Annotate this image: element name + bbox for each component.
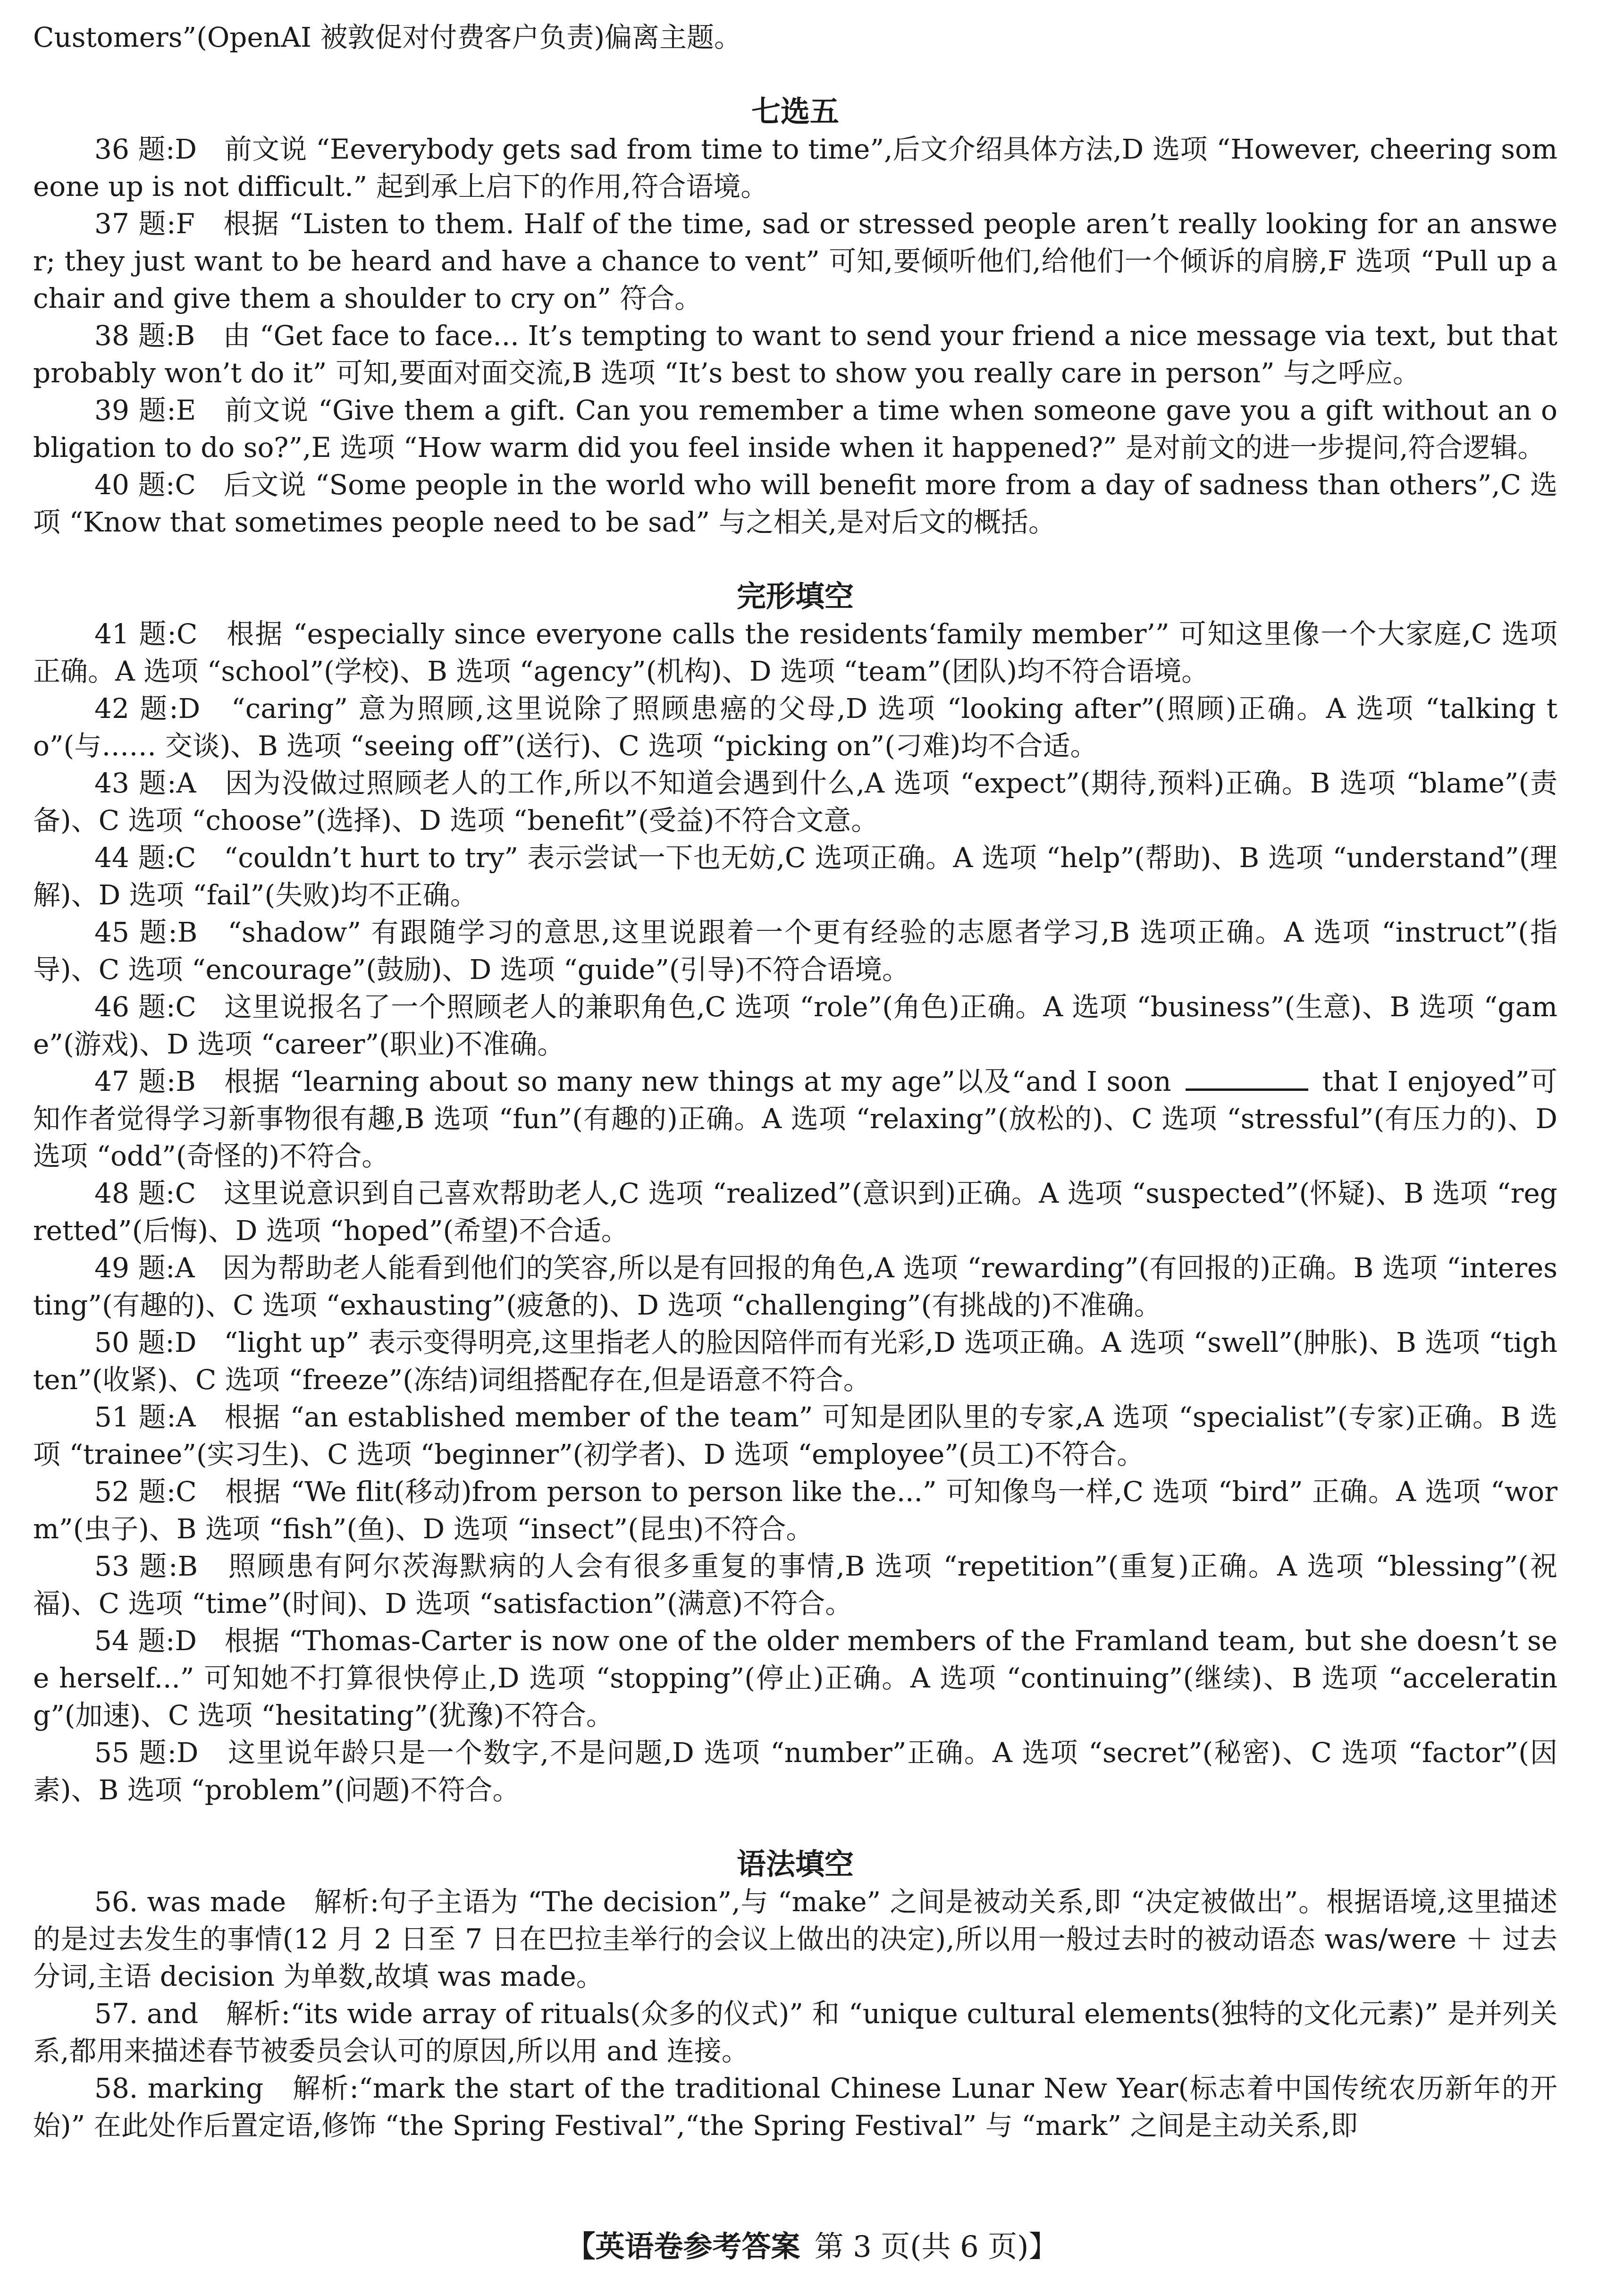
answer-item-45: 45 题:B “shadow” 有跟随学习的意思,这里说跟着一个更有经验的志愿者… bbox=[33, 914, 1557, 988]
answer-item-40: 40 题:C 后文说 “Some people in the world who… bbox=[33, 466, 1557, 541]
answer-item-43: 43 题:A 因为没做过照顾老人的工作,所以不知道会遇到什么,A 选项 “exp… bbox=[33, 765, 1557, 839]
section-qixuanwu: 七选五 36 题:D 前文说 “Eeverybody gets sad from… bbox=[33, 93, 1557, 541]
answer-item-52: 52 题:C 根据 “We flit(移动)from person to per… bbox=[33, 1473, 1557, 1548]
answer-item-47-before: 47 题:B 根据 “learning about so many new th… bbox=[94, 1065, 1171, 1097]
page-footer: 【英语卷参考答案第 3 页(共 6 页)】 bbox=[0, 2228, 1624, 2266]
answer-item-51: 51 题:A 根据 “an established member of the … bbox=[33, 1399, 1557, 1473]
answer-item-47: 47 题:B 根据 “learning about so many new th… bbox=[33, 1063, 1557, 1175]
answer-item-49: 49 题:A 因为帮助老人能看到他们的笑容,所以是有回报的角色,A 选项 “re… bbox=[33, 1249, 1557, 1324]
answer-item-54: 54 题:D 根据 “Thomas-Carter is now one of t… bbox=[33, 1622, 1557, 1734]
answer-item-41: 41 题:C 根据 “especially since everyone cal… bbox=[33, 616, 1557, 690]
intro-paragraph: Customers”(OpenAI 被敦促对付费客户负责)偏离主题。 bbox=[33, 19, 1557, 56]
answer-item-44: 44 题:C “couldn’t hurt to try” 表示尝试一下也无妨,… bbox=[33, 839, 1557, 914]
answer-item-38: 38 题:B 由 “Get face to face... It’s tempt… bbox=[33, 317, 1557, 392]
section-wanxing: 完形填空 41 题:C 根据 “especially since everyon… bbox=[33, 578, 1557, 1809]
spacer bbox=[33, 1809, 1557, 1846]
answer-item-57: 57. and 解析:“its wide array of rituals(众多… bbox=[33, 1995, 1557, 2070]
footer-page-number: 第 3 页(共 6 页)】 bbox=[814, 2229, 1058, 2264]
fill-blank-line bbox=[1186, 1065, 1308, 1091]
answer-item-36: 36 题:D 前文说 “Eeverybody gets sad from tim… bbox=[33, 131, 1557, 205]
document-page: Customers”(OpenAI 被敦促对付费客户负责)偏离主题。 七选五 3… bbox=[33, 19, 1557, 2144]
spacer bbox=[33, 541, 1557, 578]
answer-item-42: 42 题:D “caring” 意为照顾,这里说除了照顾患癌的父母,D 选项 “… bbox=[33, 690, 1557, 765]
section-title-wanxing: 完形填空 bbox=[33, 578, 1557, 616]
answer-item-56: 56. was made 解析:句子主语为 “The decision”,与 “… bbox=[33, 1883, 1557, 1995]
spacer bbox=[33, 56, 1557, 93]
section-title-qixuanwu: 七选五 bbox=[33, 93, 1557, 131]
answer-item-50: 50 题:D “light up” 表示变得明亮,这里指老人的脸因陪伴而有光彩,… bbox=[33, 1324, 1557, 1399]
footer-title: 【英语卷参考答案 bbox=[566, 2229, 800, 2264]
section-yufa: 语法填空 56. was made 解析:句子主语为 “The decision… bbox=[33, 1846, 1557, 2144]
answer-item-48: 48 题:C 这里说意识到自己喜欢帮助老人,C 选项 “realized”(意识… bbox=[33, 1175, 1557, 1249]
answer-item-39: 39 题:E 前文说 “Give them a gift. Can you re… bbox=[33, 392, 1557, 466]
answer-item-53: 53 题:B 照顾患有阿尔茨海默病的人会有很多重复的事情,B 选项 “repet… bbox=[33, 1548, 1557, 1622]
answer-item-58: 58. marking 解析:“mark the start of the tr… bbox=[33, 2070, 1557, 2144]
answer-item-55: 55 题:D 这里说年龄只是一个数字,不是问题,D 选项 “number”正确。… bbox=[33, 1734, 1557, 1809]
section-title-yufa: 语法填空 bbox=[33, 1846, 1557, 1883]
answer-item-46: 46 题:C 这里说报名了一个照顾老人的兼职角色,C 选项 “role”(角色)… bbox=[33, 988, 1557, 1063]
answer-item-37: 37 题:F 根据 “Listen to them. Half of the t… bbox=[33, 205, 1557, 317]
